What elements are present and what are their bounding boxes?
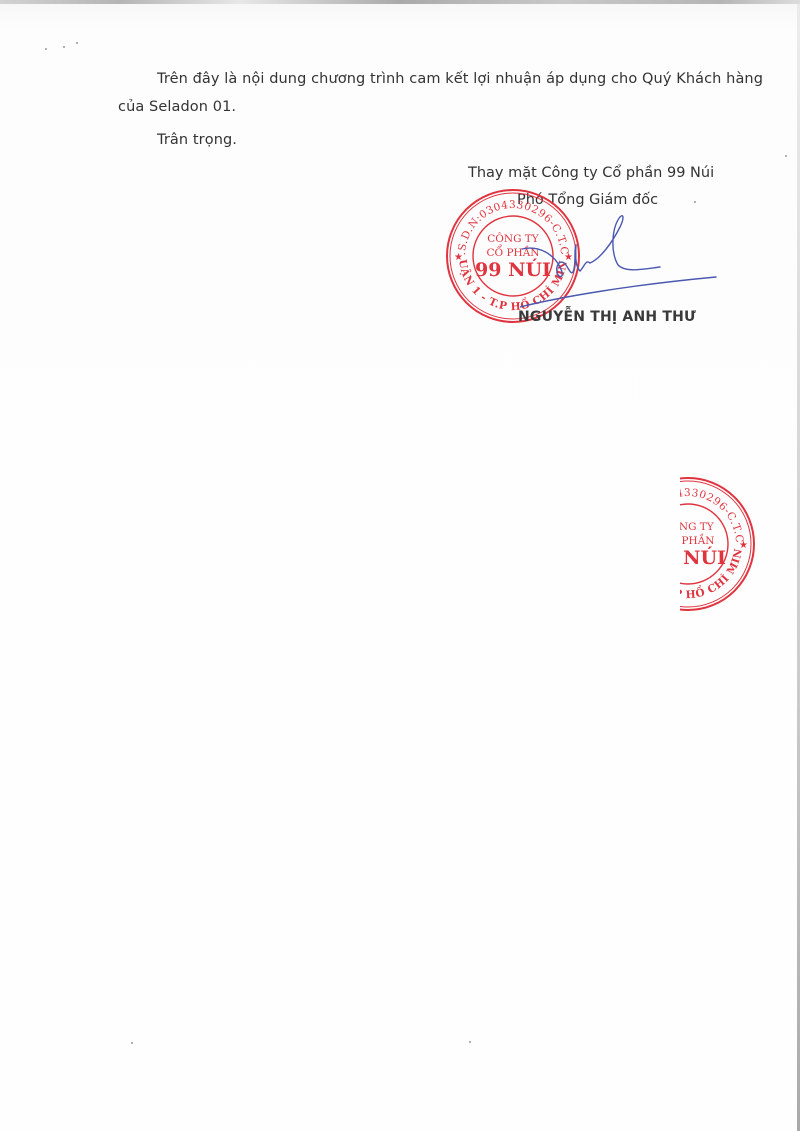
partial-edge-stamp: M.S.D.N:0304330296-C.T.C.P QUẬN 1 - T.P … [618, 474, 758, 614]
scan-speck [76, 42, 78, 44]
closing-text: Trân trọng. [157, 132, 237, 148]
svg-text:CÔNG TY: CÔNG TY [662, 519, 715, 533]
document-page: Trên đây là nội dung chương trình cam kế… [0, 0, 800, 1131]
signature-on-behalf: Thay mặt Công ty Cổ phần 99 Núi [468, 165, 714, 181]
scan-speck [785, 155, 787, 157]
handwritten-signature [520, 205, 720, 315]
scan-speck [63, 46, 65, 48]
svg-text:CỔ PHẦN: CỔ PHẦN [662, 531, 715, 547]
signatory-name: NGUYỄN THỊ ANH THƯ [518, 309, 696, 325]
scan-speck [131, 1042, 133, 1044]
svg-text:★: ★ [739, 540, 748, 551]
scan-top-edge [0, 0, 800, 4]
scan-speck [694, 201, 696, 203]
body-paragraph-line-2: của Seladon 01. [118, 99, 236, 115]
svg-text:99 NÚI: 99 NÚI [650, 546, 726, 569]
svg-text:★: ★ [454, 252, 463, 263]
scan-speck [45, 48, 47, 50]
body-paragraph-line-1: Trên đây là nội dung chương trình cam kế… [157, 71, 763, 87]
scan-speck [469, 1041, 471, 1043]
